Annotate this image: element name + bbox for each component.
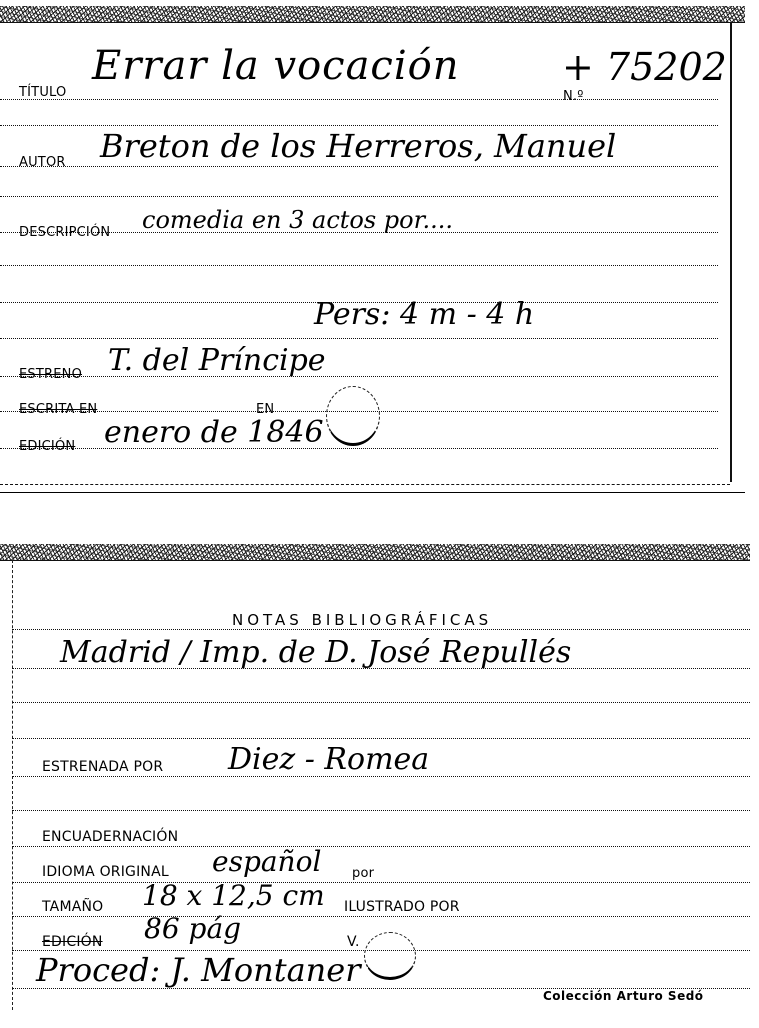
idioma-por-label: por [352, 867, 374, 880]
encuadernacion-rule [12, 846, 750, 847]
descripcion-value: comedia en 3 actos por.... [142, 208, 453, 232]
titulo-label: TÍTULO [19, 86, 66, 99]
catalog-card-front: TÍTULO Errar la vocación N.º + 75202 AUT… [0, 0, 759, 500]
card-left-edge-back [12, 560, 13, 1010]
idioma-original-value: español [212, 848, 321, 876]
numero-label: N.º [563, 90, 584, 103]
tamano-rule [12, 916, 750, 917]
autor-line [0, 166, 718, 167]
collection-credit: Colección Arturo Sedó [543, 990, 704, 1002]
tamano-value: 18 x 12,5 cm [142, 882, 325, 910]
card-footer-dashes [0, 484, 730, 485]
card-top-edge-back [0, 560, 750, 561]
notes-line-3-rule [12, 738, 750, 739]
card-right-edge [730, 22, 732, 482]
titulo-underline [0, 125, 718, 126]
autor-underline [0, 196, 718, 197]
card-separator [0, 492, 745, 493]
estreno-label: ESTRENO [19, 368, 82, 381]
notas-heading: NOTAS BIBLIOGRÁFICAS [232, 613, 492, 628]
blank-line-1 [0, 265, 718, 266]
procedencia-value: Proced: J. Montaner [36, 954, 361, 986]
ilustrado-por-label: ILUSTRADO POR [344, 900, 460, 914]
autor-value: Breton de los Herreros, Manuel [100, 130, 616, 162]
estreno-line [0, 376, 718, 377]
idioma-original-rule [12, 882, 750, 883]
escrita-en-label: ESCRITA EN [19, 403, 97, 416]
personajes-value: Pers: 4 m - 4 h [314, 300, 534, 330]
encuadernacion-label: ENCUADERNACIÓN [42, 830, 178, 844]
estrenada-por-value: Diez - Romea [228, 745, 429, 775]
estrenada-por-rule [12, 776, 750, 777]
estrenada-por-label: ESTRENADA POR [42, 760, 163, 774]
idioma-original-label: IDIOMA ORIGINAL [42, 865, 169, 879]
titulo-value: Errar la vocación [92, 46, 459, 86]
library-stamp-bottom [364, 932, 416, 980]
notas-line-1: Madrid / Imp. de D. José Repullés [60, 638, 571, 668]
notes-line-2-rule [12, 702, 750, 703]
catalog-card-back: NOTAS BIBLIOGRÁFICAS Madrid / Imp. de D.… [0, 530, 759, 1028]
titulo-line [0, 99, 718, 100]
edicion-label: EDICIÓN [19, 440, 75, 453]
edicion-line [0, 448, 718, 449]
edicion-v-label: V. [347, 935, 360, 949]
blank-line-back [12, 810, 750, 811]
personajes-line [0, 338, 718, 339]
notes-line-1-rule [12, 668, 750, 669]
heading-line [12, 629, 750, 630]
library-stamp-top [326, 386, 380, 446]
card-top-edge [0, 22, 745, 23]
numero-value: + 75202 [562, 48, 727, 86]
edicion-back-value: 86 pág [144, 915, 241, 943]
edicion-back-label: EDICIÓN [42, 935, 103, 949]
tamano-label: TAMAÑO [42, 900, 103, 914]
autor-label: AUTOR [19, 156, 66, 169]
estreno-value: T. del Príncipe [108, 346, 326, 376]
descripcion-line [0, 232, 718, 233]
edicion-value: enero de 1846 [104, 418, 324, 448]
